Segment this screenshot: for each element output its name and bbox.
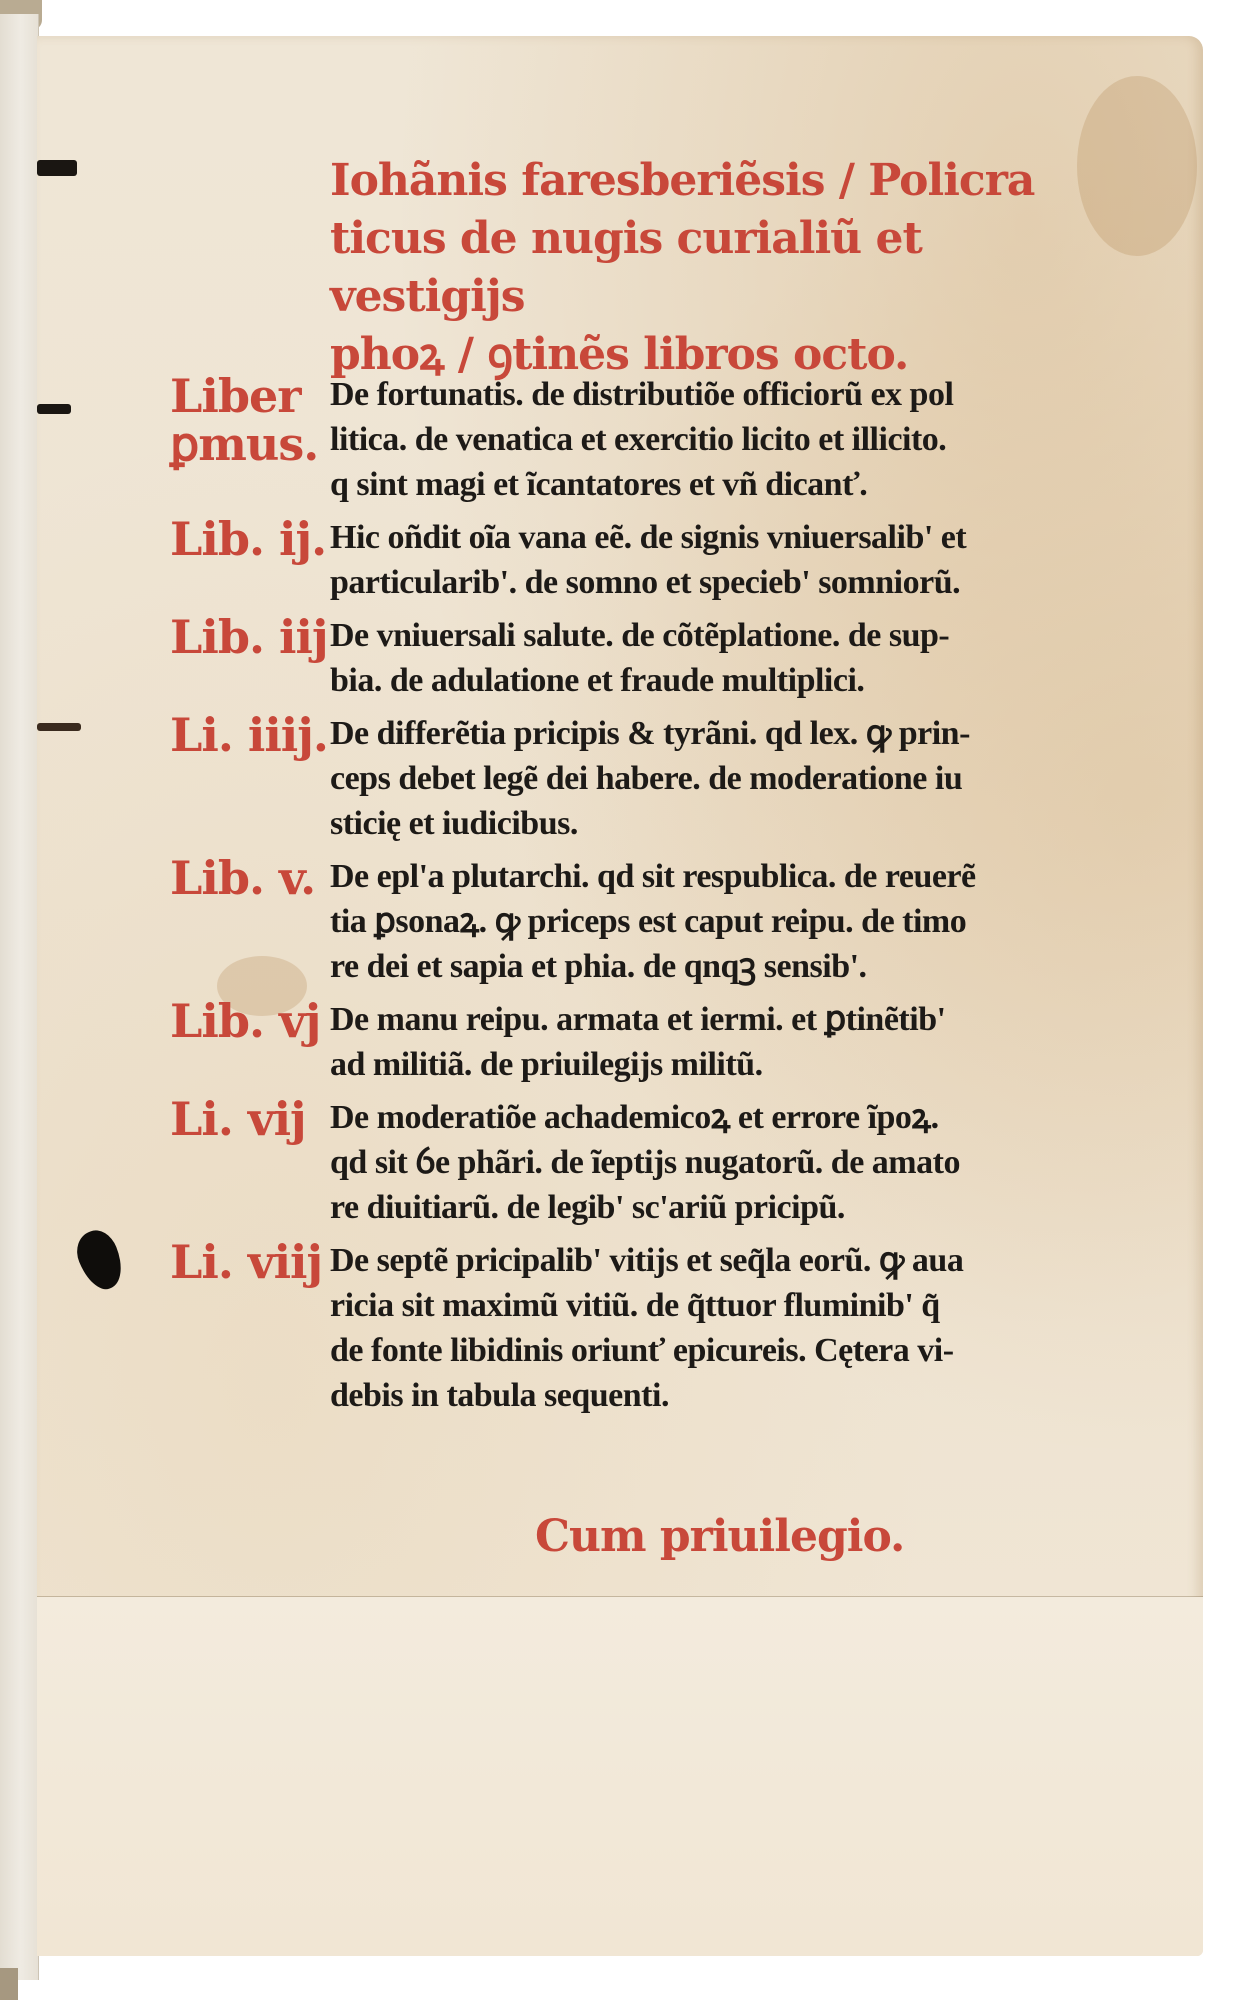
book-summary: De manu reipu. armata et iermi. et ꝑtinẽ… [330, 997, 1130, 1087]
book-entry-7: Li. vij De moderatiõe achademicoꝝ et err… [170, 1095, 1130, 1230]
page-lower-margin [37, 1597, 1203, 1956]
book-entry-6: Lib. vj De manu reipu. armata et iermi. … [170, 997, 1130, 1087]
binding-thread-mark [37, 404, 71, 414]
book-spine-bottom [0, 1968, 18, 2000]
title-line: ticus de nugis curialiũ et vestigijs [330, 210, 1120, 326]
book-label: Lib. vj [170, 997, 330, 1087]
book-entry-8: Li. viij De septẽ pricipalib' vitijs et … [170, 1238, 1130, 1418]
book-entry-3: Lib. iij De vniuersali salute. de cõtẽpl… [170, 613, 1130, 703]
book-entry-1: Liber ꝑmus. De fortunatis. de distributi… [170, 372, 1130, 507]
book-label: Lib. v. [170, 854, 330, 989]
book-entry-2: Lib. ij. Hic oñdit oĩa vana eẽ. de signi… [170, 515, 1130, 605]
book-entry-5: Lib. v. De epl'a plutarchi. qd sit respu… [170, 854, 1130, 989]
book-title: Iohãnis faresberiẽsis / Policra ticus de… [330, 152, 1120, 384]
book-summary: De moderatiõe achademicoꝝ et errore ĩpoꝝ… [330, 1095, 1130, 1230]
book-label: Li. iiij. [170, 711, 330, 846]
book-summary: De epl'a plutarchi. qd sit respublica. d… [330, 854, 1130, 989]
book-summary: De septẽ pricipalib' vitijs et seq̃la eo… [330, 1238, 1130, 1418]
colophon-privilege: Cum priuilegio. [535, 1512, 904, 1562]
book-label: Li. vij [170, 1095, 330, 1230]
book-summary: Hic oñdit oĩa vana eẽ. de signis vniuers… [330, 515, 1130, 605]
title-line: Iohãnis faresberiẽsis / Policra [330, 152, 1120, 210]
table-of-books: Liber ꝑmus. De fortunatis. de distributi… [170, 372, 1130, 1426]
book-summary: De differẽtia pricipis & tyrãni. qd lex.… [330, 711, 1130, 846]
book-summary: De fortunatis. de distributiõe officiorũ… [330, 372, 1130, 507]
binding-tear-mark [37, 723, 81, 731]
book-entry-4: Li. iiij. De differẽtia pricipis & tyrãn… [170, 711, 1130, 846]
book-label: Li. viij [170, 1238, 330, 1418]
book-label: Lib. iij [170, 613, 330, 703]
book-label: Lib. ij. [170, 515, 330, 605]
previous-leaf-edge [0, 14, 39, 1980]
book-summary: De vniuersali salute. de cõtẽplatione. d… [330, 613, 1130, 703]
book-label: Liber ꝑmus. [170, 372, 330, 507]
binding-thread-mark [37, 160, 77, 176]
